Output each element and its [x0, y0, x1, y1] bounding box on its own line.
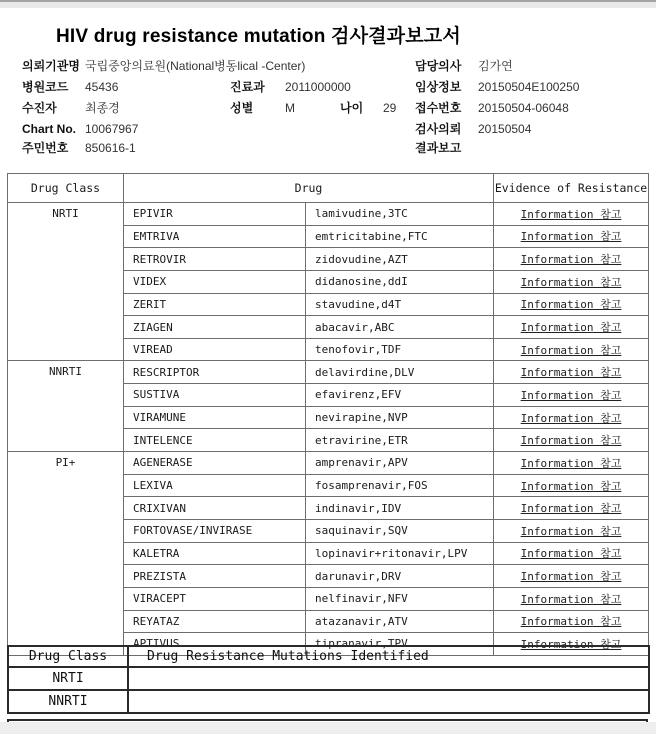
drug-generic-cell: emtricitabine,FTC	[306, 225, 494, 248]
drug-brand-cell: FORTOVASE/INVIRASE	[124, 519, 306, 542]
evidence-information-link[interactable]: Information 참고	[521, 547, 622, 560]
info-row: 주민번호 850616-1 결과보고	[0, 140, 656, 160]
drug-row: NNRTIRESCRIPTORdelavirdine,DLVInformatio…	[8, 361, 649, 384]
drug-brand-cell: VIRACEPT	[124, 587, 306, 610]
drug-resistance-table: Drug Class Drug Evidence of Resistance N…	[7, 173, 649, 656]
drug-class-header: Drug Class	[8, 174, 124, 203]
mutation-row-nrti: NRTI	[8, 667, 649, 690]
drug-table-body: NRTIEPIVIRlamivudine,3TCInformation 참고EM…	[8, 203, 649, 656]
drug-generic-cell: didanosine,ddI	[306, 270, 494, 293]
drug-brand-cell: AGENERASE	[124, 452, 306, 475]
drug-generic-cell: efavirenz,EFV	[306, 384, 494, 407]
drug-brand-cell: VIREAD	[124, 338, 306, 361]
mutation-table-header-row: Drug Class Drug Resistance Mutations Ide…	[8, 646, 649, 667]
drug-brand-cell: INTELENCE	[124, 429, 306, 452]
drug-generic-cell: indinavir,IDV	[306, 497, 494, 520]
age-value: 29	[383, 100, 396, 116]
evidence-information-link[interactable]: Information 참고	[521, 480, 622, 493]
test-request-value: 20150504	[478, 121, 531, 137]
patient-name-label: 수진자	[22, 100, 57, 116]
evidence-cell: Information 참고	[494, 452, 649, 475]
evidence-information-link[interactable]: Information 참고	[521, 230, 622, 243]
drug-generic-cell: saquinavir,SQV	[306, 519, 494, 542]
drug-class-cell: NNRTI	[8, 361, 124, 452]
evidence-cell: Information 참고	[494, 519, 649, 542]
drug-generic-cell: amprenavir,APV	[306, 452, 494, 475]
chart-no-value: 10067967	[85, 121, 138, 137]
hospital-code-value: 45436	[85, 79, 118, 95]
drug-generic-cell: zidovudine,AZT	[306, 248, 494, 271]
patient-info-section: 의뢰기관명 국립중앙의료원(National병동lical -Center) 담…	[0, 58, 656, 158]
drug-generic-cell: darunavir,DRV	[306, 565, 494, 588]
evidence-cell: Information 참고	[494, 293, 649, 316]
evidence-information-link[interactable]: Information 참고	[521, 434, 622, 447]
info-row: 의뢰기관명 국립중앙의료원(National병동lical -Center) 담…	[0, 58, 656, 78]
result-report-label: 결과보고	[415, 140, 461, 156]
evidence-information-link[interactable]: Information 참고	[521, 276, 622, 289]
drug-header: Drug	[124, 174, 494, 203]
drug-brand-cell: RESCRIPTOR	[124, 361, 306, 384]
clinical-info-value: 20150504E100250	[478, 79, 579, 95]
report-title: HIV drug resistance mutation 검사결과보고서	[56, 21, 461, 48]
department-value: 2011000000	[285, 79, 351, 95]
test-request-label: 검사의뢰	[415, 121, 461, 137]
drug-brand-cell: CRIXIVAN	[124, 497, 306, 520]
window-top-strip	[0, 0, 656, 8]
drug-brand-cell: ZERIT	[124, 293, 306, 316]
drug-brand-cell: VIRAMUNE	[124, 406, 306, 429]
drug-brand-cell: KALETRA	[124, 542, 306, 565]
evidence-cell: Information 참고	[494, 361, 649, 384]
evidence-information-link[interactable]: Information 참고	[521, 298, 622, 311]
chart-no-label: Chart No.	[22, 121, 76, 137]
evidence-cell: Information 참고	[494, 406, 649, 429]
evidence-cell: Information 참고	[494, 225, 649, 248]
clinical-info-label: 임상정보	[415, 79, 461, 95]
mutation-value-cell	[128, 667, 649, 690]
mutation-value-cell	[128, 690, 649, 713]
evidence-information-link[interactable]: Information 참고	[521, 502, 622, 515]
info-row: 병원코드 45436 진료과 2011000000 임상정보 20150504E…	[0, 79, 656, 99]
evidence-cell: Information 참고	[494, 338, 649, 361]
drug-brand-cell: PREZISTA	[124, 565, 306, 588]
evidence-information-link[interactable]: Information 참고	[521, 412, 622, 425]
hospital-code-label: 병원코드	[22, 79, 68, 95]
drug-generic-cell: etravirine,ETR	[306, 429, 494, 452]
evidence-cell: Information 참고	[494, 474, 649, 497]
drug-brand-cell: LEXIVA	[124, 474, 306, 497]
info-row: Chart No. 10067967 검사의뢰 20150504	[0, 121, 656, 141]
evidence-information-link[interactable]: Information 참고	[521, 344, 622, 357]
drug-generic-cell: tenofovir,TDF	[306, 338, 494, 361]
evidence-header: Evidence of Resistance	[494, 174, 649, 203]
requesting-org-value: 국립중앙의료원(National병동lical -Center)	[85, 58, 305, 74]
evidence-information-link[interactable]: Information 참고	[521, 593, 622, 606]
evidence-information-link[interactable]: Information 참고	[521, 366, 622, 379]
doctor-value: 김가연	[478, 58, 513, 74]
evidence-cell: Information 참고	[494, 497, 649, 520]
resident-id-value: 850616-1	[85, 140, 136, 156]
doctor-label: 담당의사	[415, 58, 461, 74]
window-bottom-strip	[0, 722, 656, 734]
evidence-information-link[interactable]: Information 참고	[521, 457, 622, 470]
evidence-information-link[interactable]: Information 참고	[521, 321, 622, 334]
drug-generic-cell: lamivudine,3TC	[306, 203, 494, 226]
drug-class-cell: NRTI	[8, 203, 124, 361]
evidence-cell: Information 참고	[494, 203, 649, 226]
evidence-cell: Information 참고	[494, 587, 649, 610]
drug-generic-cell: atazanavir,ATV	[306, 610, 494, 633]
evidence-information-link[interactable]: Information 참고	[521, 525, 622, 538]
evidence-information-link[interactable]: Information 참고	[521, 570, 622, 583]
drug-generic-cell: abacavir,ABC	[306, 316, 494, 339]
drug-row: NRTIEPIVIRlamivudine,3TCInformation 참고	[8, 203, 649, 226]
department-label: 진료과	[230, 79, 265, 95]
patient-name-value: 최종경	[85, 100, 120, 116]
evidence-information-link[interactable]: Information 참고	[521, 615, 622, 628]
mutation-row-nnrti: NNRTI	[8, 690, 649, 713]
evidence-cell: Information 참고	[494, 384, 649, 407]
mutation-class-cell: NNRTI	[8, 690, 128, 713]
evidence-information-link[interactable]: Information 참고	[521, 253, 622, 266]
age-label: 나이	[340, 100, 363, 116]
mutation-class-cell: NRTI	[8, 667, 128, 690]
drug-table-header-row: Drug Class Drug Evidence of Resistance	[8, 174, 649, 203]
mutations-identified-header: Drug Resistance Mutations Identified	[128, 646, 649, 667]
drug-generic-cell: delavirdine,DLV	[306, 361, 494, 384]
drug-row: PI+AGENERASEamprenavir,APVInformation 참고	[8, 452, 649, 475]
drug-generic-cell: lopinavir+ritonavir,LPV	[306, 542, 494, 565]
drug-brand-cell: VIDEX	[124, 270, 306, 293]
drug-generic-cell: nelfinavir,NFV	[306, 587, 494, 610]
mutation-drug-class-header: Drug Class	[8, 646, 128, 667]
evidence-cell: Information 참고	[494, 610, 649, 633]
evidence-cell: Information 참고	[494, 429, 649, 452]
sex-value: M	[285, 100, 295, 116]
evidence-cell: Information 참고	[494, 270, 649, 293]
drug-brand-cell: SUSTIVA	[124, 384, 306, 407]
evidence-information-link[interactable]: Information 참고	[521, 389, 622, 402]
receipt-number-label: 접수번호	[415, 100, 461, 116]
requesting-org-label: 의뢰기관명	[22, 58, 80, 74]
evidence-information-link[interactable]: Information 참고	[521, 208, 622, 221]
drug-brand-cell: EMTRIVA	[124, 225, 306, 248]
evidence-cell: Information 참고	[494, 565, 649, 588]
drug-brand-cell: ZIAGEN	[124, 316, 306, 339]
drug-brand-cell: RETROVIR	[124, 248, 306, 271]
evidence-cell: Information 참고	[494, 248, 649, 271]
drug-class-cell: PI+	[8, 452, 124, 656]
drug-generic-cell: nevirapine,NVP	[306, 406, 494, 429]
info-row: 수진자 최종경 성별 M 나이 29 접수번호 20150504-06048	[0, 100, 656, 120]
receipt-number-value: 20150504-06048	[478, 100, 569, 116]
evidence-cell: Information 참고	[494, 316, 649, 339]
drug-generic-cell: fosamprenavir,FOS	[306, 474, 494, 497]
drug-brand-cell: EPIVIR	[124, 203, 306, 226]
sex-label: 성별	[230, 100, 253, 116]
drug-generic-cell: stavudine,d4T	[306, 293, 494, 316]
resident-id-label: 주민번호	[22, 140, 68, 156]
evidence-cell: Information 참고	[494, 542, 649, 565]
drug-brand-cell: REYATAZ	[124, 610, 306, 633]
mutation-table: Drug Class Drug Resistance Mutations Ide…	[7, 645, 650, 714]
